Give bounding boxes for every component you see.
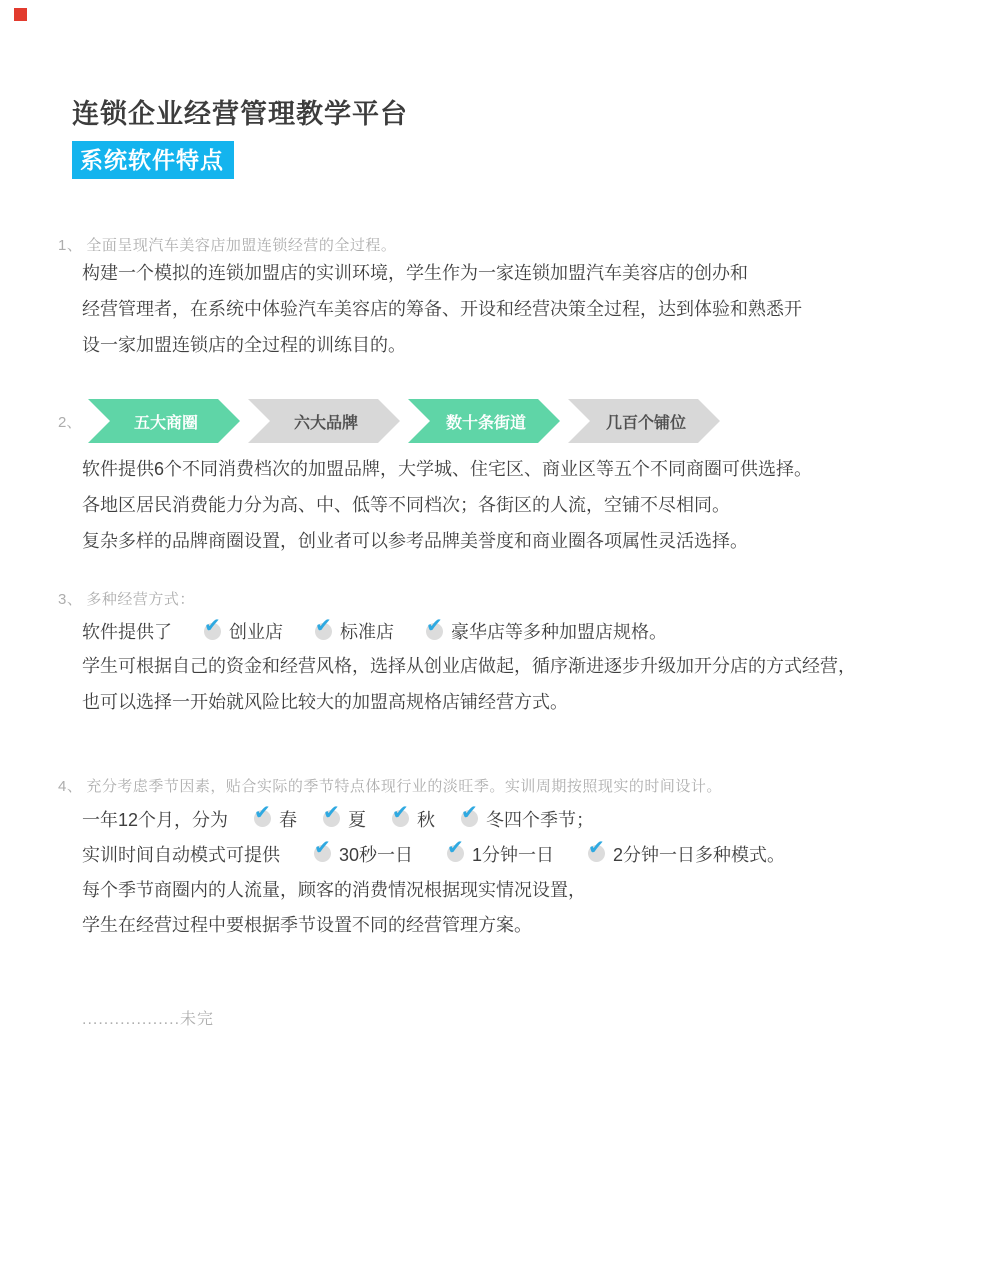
check-item: ✔ 2分钟一日多种模式。 (588, 841, 785, 867)
body-line-text: 学生在经营过程中要根据季节设置不同的经营管理方案。 (82, 911, 532, 937)
arrow-step-business-circles: 五大商圈 (88, 399, 240, 443)
check-item-label: 豪华店等多种加盟店规格。 (451, 618, 667, 644)
check-item: ✔ 1分钟一日 (447, 841, 554, 867)
check-line-prefix: 实训时间自动模式可提供 (82, 841, 280, 867)
check-tick: ✔ (461, 802, 478, 822)
body-line: 各地区居民消费能力分为高、中、低等不同档次；各街区的人流，空铺不尽相同。 (82, 487, 812, 523)
check-item-label: 创业店 (229, 618, 283, 644)
check-icon: ✔ (314, 845, 331, 862)
check-tick: ✔ (254, 802, 271, 822)
page-title: 连锁企业经营管理教学平台 (72, 92, 408, 131)
check-item-label: 夏 (348, 806, 366, 832)
check-item: ✔ 春 (254, 806, 297, 832)
check-icon: ✔ (315, 623, 332, 640)
page: 连锁企业经营管理教学平台 系统软件特点 1、全面呈现汽车美容店加盟连锁经营的全过… (0, 0, 1000, 1266)
check-line-prefix: 一年12个月，分为 (82, 806, 228, 832)
body-line: 复杂多样的品牌商圈设置，创业者可以参考品牌美誉度和商业圈各项属性灵活选择。 (82, 523, 812, 559)
check-tick: ✔ (392, 802, 409, 822)
check-item: ✔ 标准店 (315, 618, 394, 644)
body-line: 学生在经营过程中要根据季节设置不同的经营管理方案。 (82, 906, 785, 941)
section-1-number: 1、 (58, 237, 82, 254)
arrow-step-label: 六大品牌 (294, 410, 358, 433)
section-3-body: 学生可根据自己的资金和经营风格，选择从创业店做起，循序渐进逐步升级加开分店的方式… (82, 648, 856, 720)
check-item-label: 春 (279, 806, 297, 832)
check-icon: ✔ (588, 845, 605, 862)
mode-check-line: 实训时间自动模式可提供 ✔ 30秒一日 ✔ 1分钟一日 ✔ 2分钟一日多种模式。 (82, 836, 785, 871)
section-3-heading-text: 多种经营方式： (86, 591, 195, 608)
section-3-number: 3、 (58, 591, 82, 608)
check-item-label: 1分钟一日 (472, 841, 554, 867)
check-item: ✔ 创业店 (204, 618, 283, 644)
body-line: 设一家加盟连锁店的全过程的训练目的。 (82, 327, 802, 363)
check-item: ✔ 冬四个季节； (461, 806, 594, 832)
season-check-line: 一年12个月，分为 ✔ 春 ✔ 夏 ✔ 秋 ✔ 冬四个季节； (82, 801, 785, 836)
check-icon: ✔ (461, 810, 478, 827)
check-line-prefix: 软件提供了 (82, 618, 172, 644)
section-3-check-line: 软件提供了 ✔ 创业店 ✔ 标准店 ✔ 豪华店等多种加盟店规格。 (82, 613, 667, 649)
check-tick: ✔ (426, 615, 443, 635)
body-line: 也可以选择一开始就风险比较大的加盟高规格店铺经营方式。 (82, 684, 856, 720)
check-tick: ✔ (204, 615, 221, 635)
check-item: ✔ 秋 (392, 806, 435, 832)
footer-more-text: ..................未完 (82, 1006, 214, 1029)
check-item: ✔ 豪华店等多种加盟店规格。 (426, 618, 667, 644)
section-1-body: 构建一个模拟的连锁加盟店的实训环境，学生作为一家连锁加盟汽车美容店的创办和 经营… (82, 255, 802, 363)
check-item: ✔ 30秒一日 (314, 841, 413, 867)
check-item-label: 标准店 (340, 618, 394, 644)
arrow-step-label: 五大商圈 (134, 410, 198, 433)
arrow-step-shops: 几百个铺位 (568, 399, 720, 443)
body-line: 软件提供6个不同消费档次的加盟品牌，大学城、住宅区、商业区等五个不同商圈可供选择… (82, 451, 812, 487)
corner-marker (14, 8, 27, 21)
body-line: 每个季节商圈内的人流量，顾客的消费情况根据现实情况设置， (82, 871, 785, 906)
arrow-step-label: 几百个铺位 (606, 410, 686, 433)
body-line: 学生可根据自己的资金和经营风格，选择从创业店做起，循序渐进逐步升级加开分店的方式… (82, 648, 856, 684)
section-4-body: 一年12个月，分为 ✔ 春 ✔ 夏 ✔ 秋 ✔ 冬四个季节； 实训时间自动模式可… (82, 801, 785, 941)
arrow-steps: 五大商圈 六大品牌 数十条街道 几百个铺位 (88, 399, 720, 443)
check-item-label: 2分钟一日多种模式。 (613, 841, 785, 867)
section-1-heading-text: 全面呈现汽车美容店加盟连锁经营的全过程。 (86, 237, 396, 254)
arrow-step-brands: 六大品牌 (248, 399, 400, 443)
body-line: 构建一个模拟的连锁加盟店的实训环境，学生作为一家连锁加盟汽车美容店的创办和 (82, 255, 802, 291)
check-tick: ✔ (588, 837, 605, 857)
section-2-arrow-row: 2、 五大商圈 六大品牌 数十条街道 几百个铺位 (58, 399, 720, 443)
check-tick: ✔ (314, 837, 331, 857)
arrow-step-streets: 数十条街道 (408, 399, 560, 443)
section-4-heading-text: 充分考虑季节因素，贴合实际的季节特点体现行业的淡旺季。实训周期按照现实的时间设计… (86, 778, 722, 795)
check-icon: ✔ (426, 623, 443, 640)
check-item-label: 秋 (417, 806, 435, 832)
check-icon: ✔ (254, 810, 271, 827)
check-tick: ✔ (323, 802, 340, 822)
check-icon: ✔ (204, 623, 221, 640)
check-icon: ✔ (447, 845, 464, 862)
check-item-label: 冬四个季节； (486, 806, 594, 832)
section-3-heading: 3、多种经营方式： (58, 588, 195, 609)
arrow-step-label: 数十条街道 (446, 410, 526, 433)
check-tick: ✔ (447, 837, 464, 857)
subtitle-highlight: 系统软件特点 (72, 141, 234, 179)
body-line: 经营管理者，在系统中体验汽车美容店的筹备、开设和经营决策全过程，达到体验和熟悉开 (82, 291, 802, 327)
check-icon: ✔ (392, 810, 409, 827)
check-icon: ✔ (323, 810, 340, 827)
check-tick: ✔ (315, 615, 332, 635)
section-4-number: 4、 (58, 778, 82, 795)
body-line-text: 每个季节商圈内的人流量，顾客的消费情况根据现实情况设置， (82, 876, 586, 902)
check-item-label: 30秒一日 (339, 841, 413, 867)
check-item: ✔ 夏 (323, 806, 366, 832)
section-2-number: 2、 (58, 411, 88, 432)
section-1-heading: 1、全面呈现汽车美容店加盟连锁经营的全过程。 (58, 234, 396, 255)
section-4-heading: 4、充分考虑季节因素，贴合实际的季节特点体现行业的淡旺季。实训周期按照现实的时间… (58, 775, 722, 796)
section-2-body: 软件提供6个不同消费档次的加盟品牌，大学城、住宅区、商业区等五个不同商圈可供选择… (82, 451, 812, 559)
